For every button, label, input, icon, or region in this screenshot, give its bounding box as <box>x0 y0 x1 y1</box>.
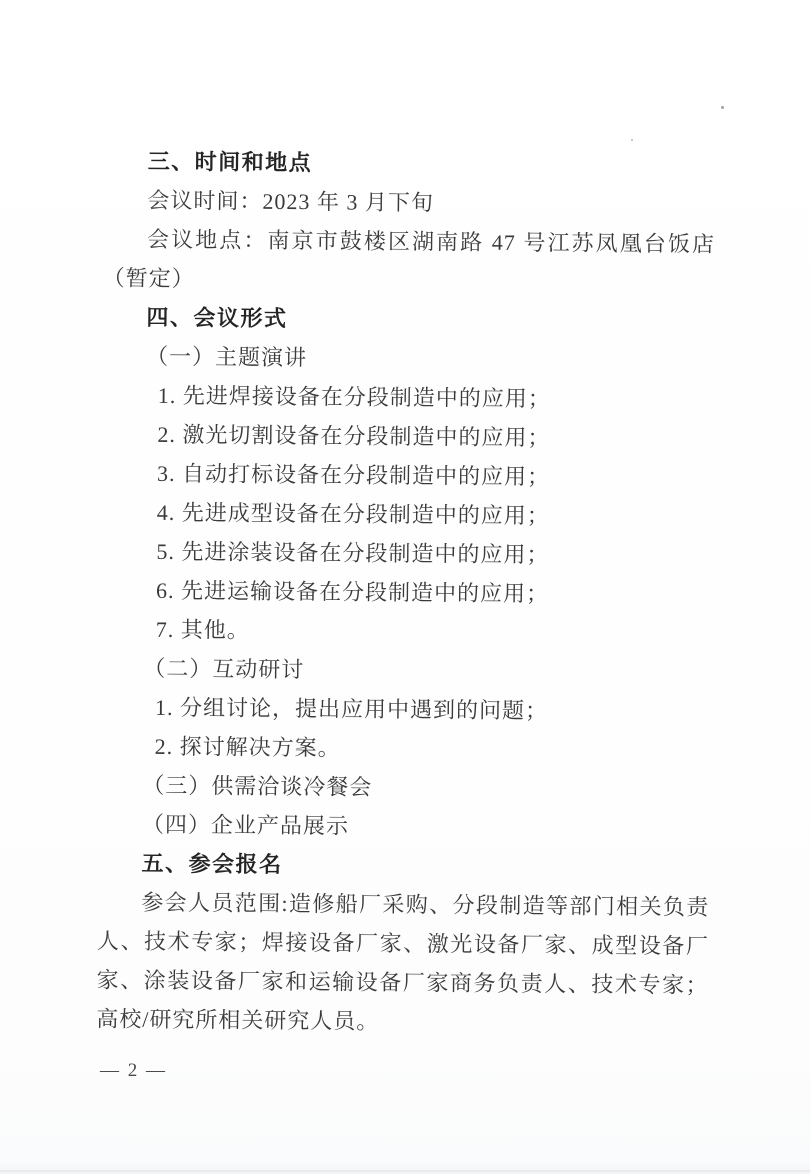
document-body: 三、时间和地点 会议时间：2023 年 3 月下旬 会议地点：南京市鼓楼区湖南路… <box>96 141 716 1043</box>
list-item-other: 7. 其他。 <box>100 609 712 653</box>
list-item-welding: 1. 先进焊接设备在分段制造中的应用； <box>102 375 714 419</box>
subhead-buffet-meeting: （三）供需洽谈冷餐会 <box>98 765 710 809</box>
list-item-transport: 6. 先进运输设备在分段制造中的应用； <box>100 570 712 614</box>
heading-meeting-format: 四、会议形式 <box>102 297 714 341</box>
heading-registration: 五、参会报名 <box>97 843 709 887</box>
subhead-keynote-speeches: （一）主题演讲 <box>102 336 714 380</box>
list-item-coating: 5. 先进涂装设备在分段制造中的应用； <box>100 531 712 575</box>
scan-page-edge <box>0 1170 810 1172</box>
page-number: — 2 — <box>100 1057 167 1085</box>
list-item-laser-cutting: 2. 激光切割设备在分段制造中的应用； <box>101 414 713 458</box>
heading-time-and-location: 三、时间和地点 <box>104 141 716 185</box>
subhead-product-exhibition: （四）企业产品展示 <box>98 804 710 848</box>
para-meeting-location: 会议地点：南京市鼓楼区湖南路 47 号江苏凤凰台饭店（暂定） <box>103 219 716 302</box>
scan-speck <box>721 106 724 109</box>
para-meeting-time: 会议时间：2023 年 3 月下旬 <box>103 180 715 224</box>
subhead-interactive-seminar: （二）互动研讨 <box>99 648 711 692</box>
list-item-forming: 4. 先进成型设备在分段制造中的应用； <box>101 492 713 536</box>
list-item-group-discussion: 1. 分组讨论，提出应用中遇到的问题； <box>99 687 711 731</box>
list-item-auto-marking: 3. 自动打标设备在分段制造中的应用； <box>101 453 713 497</box>
list-item-solutions: 2. 探讨解决方案。 <box>98 726 710 770</box>
para-participant-scope: 参会人员范围:造修船厂采购、分段制造等部门相关负责人、技术专家；焊接设备厂家、激… <box>96 882 709 1043</box>
scan-speck <box>631 139 633 141</box>
